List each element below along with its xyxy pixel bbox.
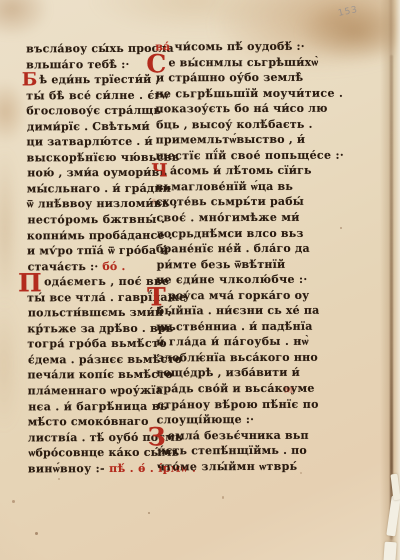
ink-text: ты́ бѣ̀ все́ си́лне . є́гѡ — [26, 88, 169, 102]
ink-text: и стра́шно оу́бо землѣ̀ — [156, 71, 303, 85]
ink-text: схоте́вь сьмрь́ти рабы́ — [156, 195, 304, 209]
ink-text: не сьгрѣ́шьшїй моучи́тисе . — [155, 86, 343, 100]
ink-text: своє́ . мно́гимѣже ми́ — [156, 211, 299, 225]
manuscript-photo: 153 въсла́воу сы́хь прославльша́го тебѣ̀… — [0, 0, 400, 560]
manuscript-text-line: своє́ . мно́гимѣже ми́ — [156, 211, 344, 227]
ink-text: чи́сомь пѣ́ оудобѣ́ :· — [170, 40, 304, 53]
manuscript-text-line: слоущі́йюще :· — [157, 413, 345, 429]
rubric-initial: Ч — [151, 165, 168, 178]
ink-text: мы́сльнаго . и́ гра́дни — [27, 182, 171, 196]
ink-speck — [222, 496, 224, 499]
stain-top-edge — [90, 0, 300, 33]
rubric-text: бо́ . — [102, 260, 125, 273]
manuscript-text-line: гоще́дрѣ , изба́вити и́ — [156, 366, 344, 382]
ink-text: кр́тьже за дрѣ́во . врь — [27, 322, 173, 336]
ink-text: что́ме злы́ймн ѡтврь́ — [157, 460, 298, 473]
ink-text: ри́мте безь ѿвѣ́тнїй — [157, 258, 286, 271]
rubric-initial: Б — [22, 73, 38, 86]
manuscript-text-line: Земла́ безьє́чника вьп — [157, 428, 345, 444]
manuscript-text-line: и́єть степѣ́нщїймь . по — [157, 444, 345, 460]
ink-text: злоблѥ́нїа вьса́кого нно — [157, 351, 318, 365]
ink-text: а́сомь и́ лѣ́томь сїи́гь — [170, 164, 312, 177]
manuscript-text-line: не єди́не члколю́бче :· — [156, 273, 344, 289]
folio-number: 153 — [337, 5, 359, 19]
ink-text: емла́ безьє́чника вьп — [168, 428, 309, 441]
manuscript-text-line: злоблѥ́нїа вьса́кого нно — [157, 351, 345, 367]
ink-text: и́ гла́да и́ па́гоубы . нѡ̀ — [156, 335, 309, 349]
manuscript-text-line: стра́ноу вѣ́рою пѣ́нїє по — [157, 397, 345, 413]
rubric-initial: С — [146, 57, 166, 71]
ink-text: ною́ , зми́а оумори́вь — [27, 166, 167, 180]
page-edge-chip — [383, 542, 397, 560]
rubric-initial: П — [18, 277, 42, 291]
manuscript-text-line: бране́нїє не́й . бла́го да — [156, 242, 344, 258]
ink-text: лосрьднѣ́мси влсо вьз — [156, 226, 304, 240]
ink-text: копни́мь проба́дансе . — [27, 228, 173, 242]
ink-text: ци затварлю́тсе . и́ — [26, 135, 152, 149]
ink-text: шестїє пї́й свое́ попьще́се :· — [156, 148, 344, 162]
manuscript-text-line: схоте́вь сьмрь́ти рабы́ — [156, 195, 344, 211]
ink-text: шьстве́нниа . и́ падѣ́нїа — [156, 320, 312, 334]
ink-text: пла́меннаго ѡроу́жїа — [28, 384, 164, 398]
ink-speck — [58, 478, 60, 480]
manuscript-text-line: не сьгрѣ́шьшїй моучи́тисе . — [155, 86, 343, 102]
rubric-initial: З — [148, 430, 166, 444]
manuscript-text-line: ва́ чи́сомь пѣ́ оудобѣ́ :· — [155, 40, 343, 56]
manuscript-text-line: примемльтѡ́выство , и́ — [156, 133, 344, 149]
ink-speck — [35, 532, 38, 535]
ink-text: винѡ́вноу :- — [28, 462, 109, 475]
manuscript-text-line: показоу́єть бо на́ чи́со лю — [155, 102, 343, 118]
manuscript-text-line: вьмаглове́нїй ѡ́ца вь — [156, 180, 344, 196]
manuscript-text-line: лосрьднѣ́мси влсо вьз — [156, 226, 344, 242]
ink-text: бы́йнїа . ни́єзни сь хе́ па — [157, 304, 320, 318]
ink-text: печа́ли копі́є вьмѣ́сто — [27, 368, 172, 382]
manuscript-text-line: шестїє пї́й свое́ попьще́се :· — [156, 148, 344, 164]
ink-text: вьмаглове́нїй ѡ́ца вь — [156, 180, 293, 193]
manuscript-text-line: и стра́шно оу́бо землѣ̀ — [156, 71, 344, 87]
ink-text: бць , высоу́ колѣ́баєть . — [156, 118, 313, 132]
ink-text: тогра́ гро́ба вьмѣ́сто — [27, 337, 167, 351]
ink-text: и́єть степѣ́нщїймь . по — [157, 444, 307, 458]
ink-speck — [148, 512, 150, 514]
ink-text: е вы́снмлы сьгрѣши́хѡ̀ — [168, 55, 318, 69]
ink-text: гоще́дрѣ , изба́вити и́ — [156, 366, 300, 380]
manuscript-text-line: шьстве́нниа . и́ падѣ́нїа — [156, 320, 344, 336]
ink-text: роу́са мча́ горка́го оу — [168, 289, 309, 302]
ink-text: стра́ноу вѣ́рою пѣ́нїє по — [157, 397, 319, 411]
ink-text: нєа . и́ багрѣ́ница вь — [28, 399, 167, 413]
manuscript-text-line: ри́мте безь ѿвѣ́тнїй — [157, 257, 345, 273]
ink-text: ѣ еди́нь трїести́й , — [39, 73, 159, 87]
manuscript-text-line: бць , высоу́ колѣ́баєть . — [156, 117, 344, 133]
ink-text: дими́рїє . Свѣтьми́ — [27, 120, 150, 134]
margin-rubric-mark: м — [284, 383, 294, 396]
rubric-initial: Т — [147, 290, 166, 304]
stain-bottom-left — [0, 300, 18, 430]
ink-text: бране́нїє не́й . бла́го да — [156, 242, 310, 256]
ink-text: слоущі́йюще :· — [157, 413, 255, 426]
ink-text: не єди́не члколю́бче :· — [156, 273, 308, 287]
ink-text: вльша́го тебѣ̀ :· — [26, 57, 129, 70]
ink-text: мѣ́сто смоко́внаго — [28, 415, 149, 429]
ink-text: показоу́єть бо на́ чи́со лю — [155, 102, 327, 116]
manuscript-text-line: и́ гла́да и́ па́гоубы . нѡ̀ — [156, 335, 344, 351]
stain-left-streak — [0, 148, 17, 308]
page-edge-line — [390, 55, 393, 540]
ink-text: бгословоу́є стра́лщь — [26, 104, 161, 118]
ink-speck — [12, 500, 15, 503]
stain-top-left-corner — [0, 0, 50, 38]
manuscript-text-line: Ча́сомь и́ лѣ́томь сїи́гь — [156, 164, 344, 180]
manuscript-text-line: Троу́са мча́ горка́го оу — [156, 288, 344, 304]
text-column-right: ва́ чи́сомь пѣ́ оудобѣ́ :·Се вы́снмлы сь… — [155, 40, 345, 476]
manuscript-text-line: что́ме злы́ймн ѡтврь́ — [157, 459, 345, 475]
manuscript-text-line: бы́йнїа . ни́єзни сь хе́ па — [157, 304, 345, 320]
manuscript-text-line: Се вы́снмлы сьгрѣши́хѡ̀ — [155, 55, 343, 71]
ink-text: несто́ромь бжтвны́ . — [27, 213, 165, 227]
ink-text: и мѵ́ро тпїа́ ѿ гро́ба и́ — [27, 244, 169, 258]
ink-text: примемльтѡ́выство , и́ — [156, 133, 306, 147]
manuscript-text-line: гра́дь сво́й и вьса́коуме — [156, 382, 344, 398]
